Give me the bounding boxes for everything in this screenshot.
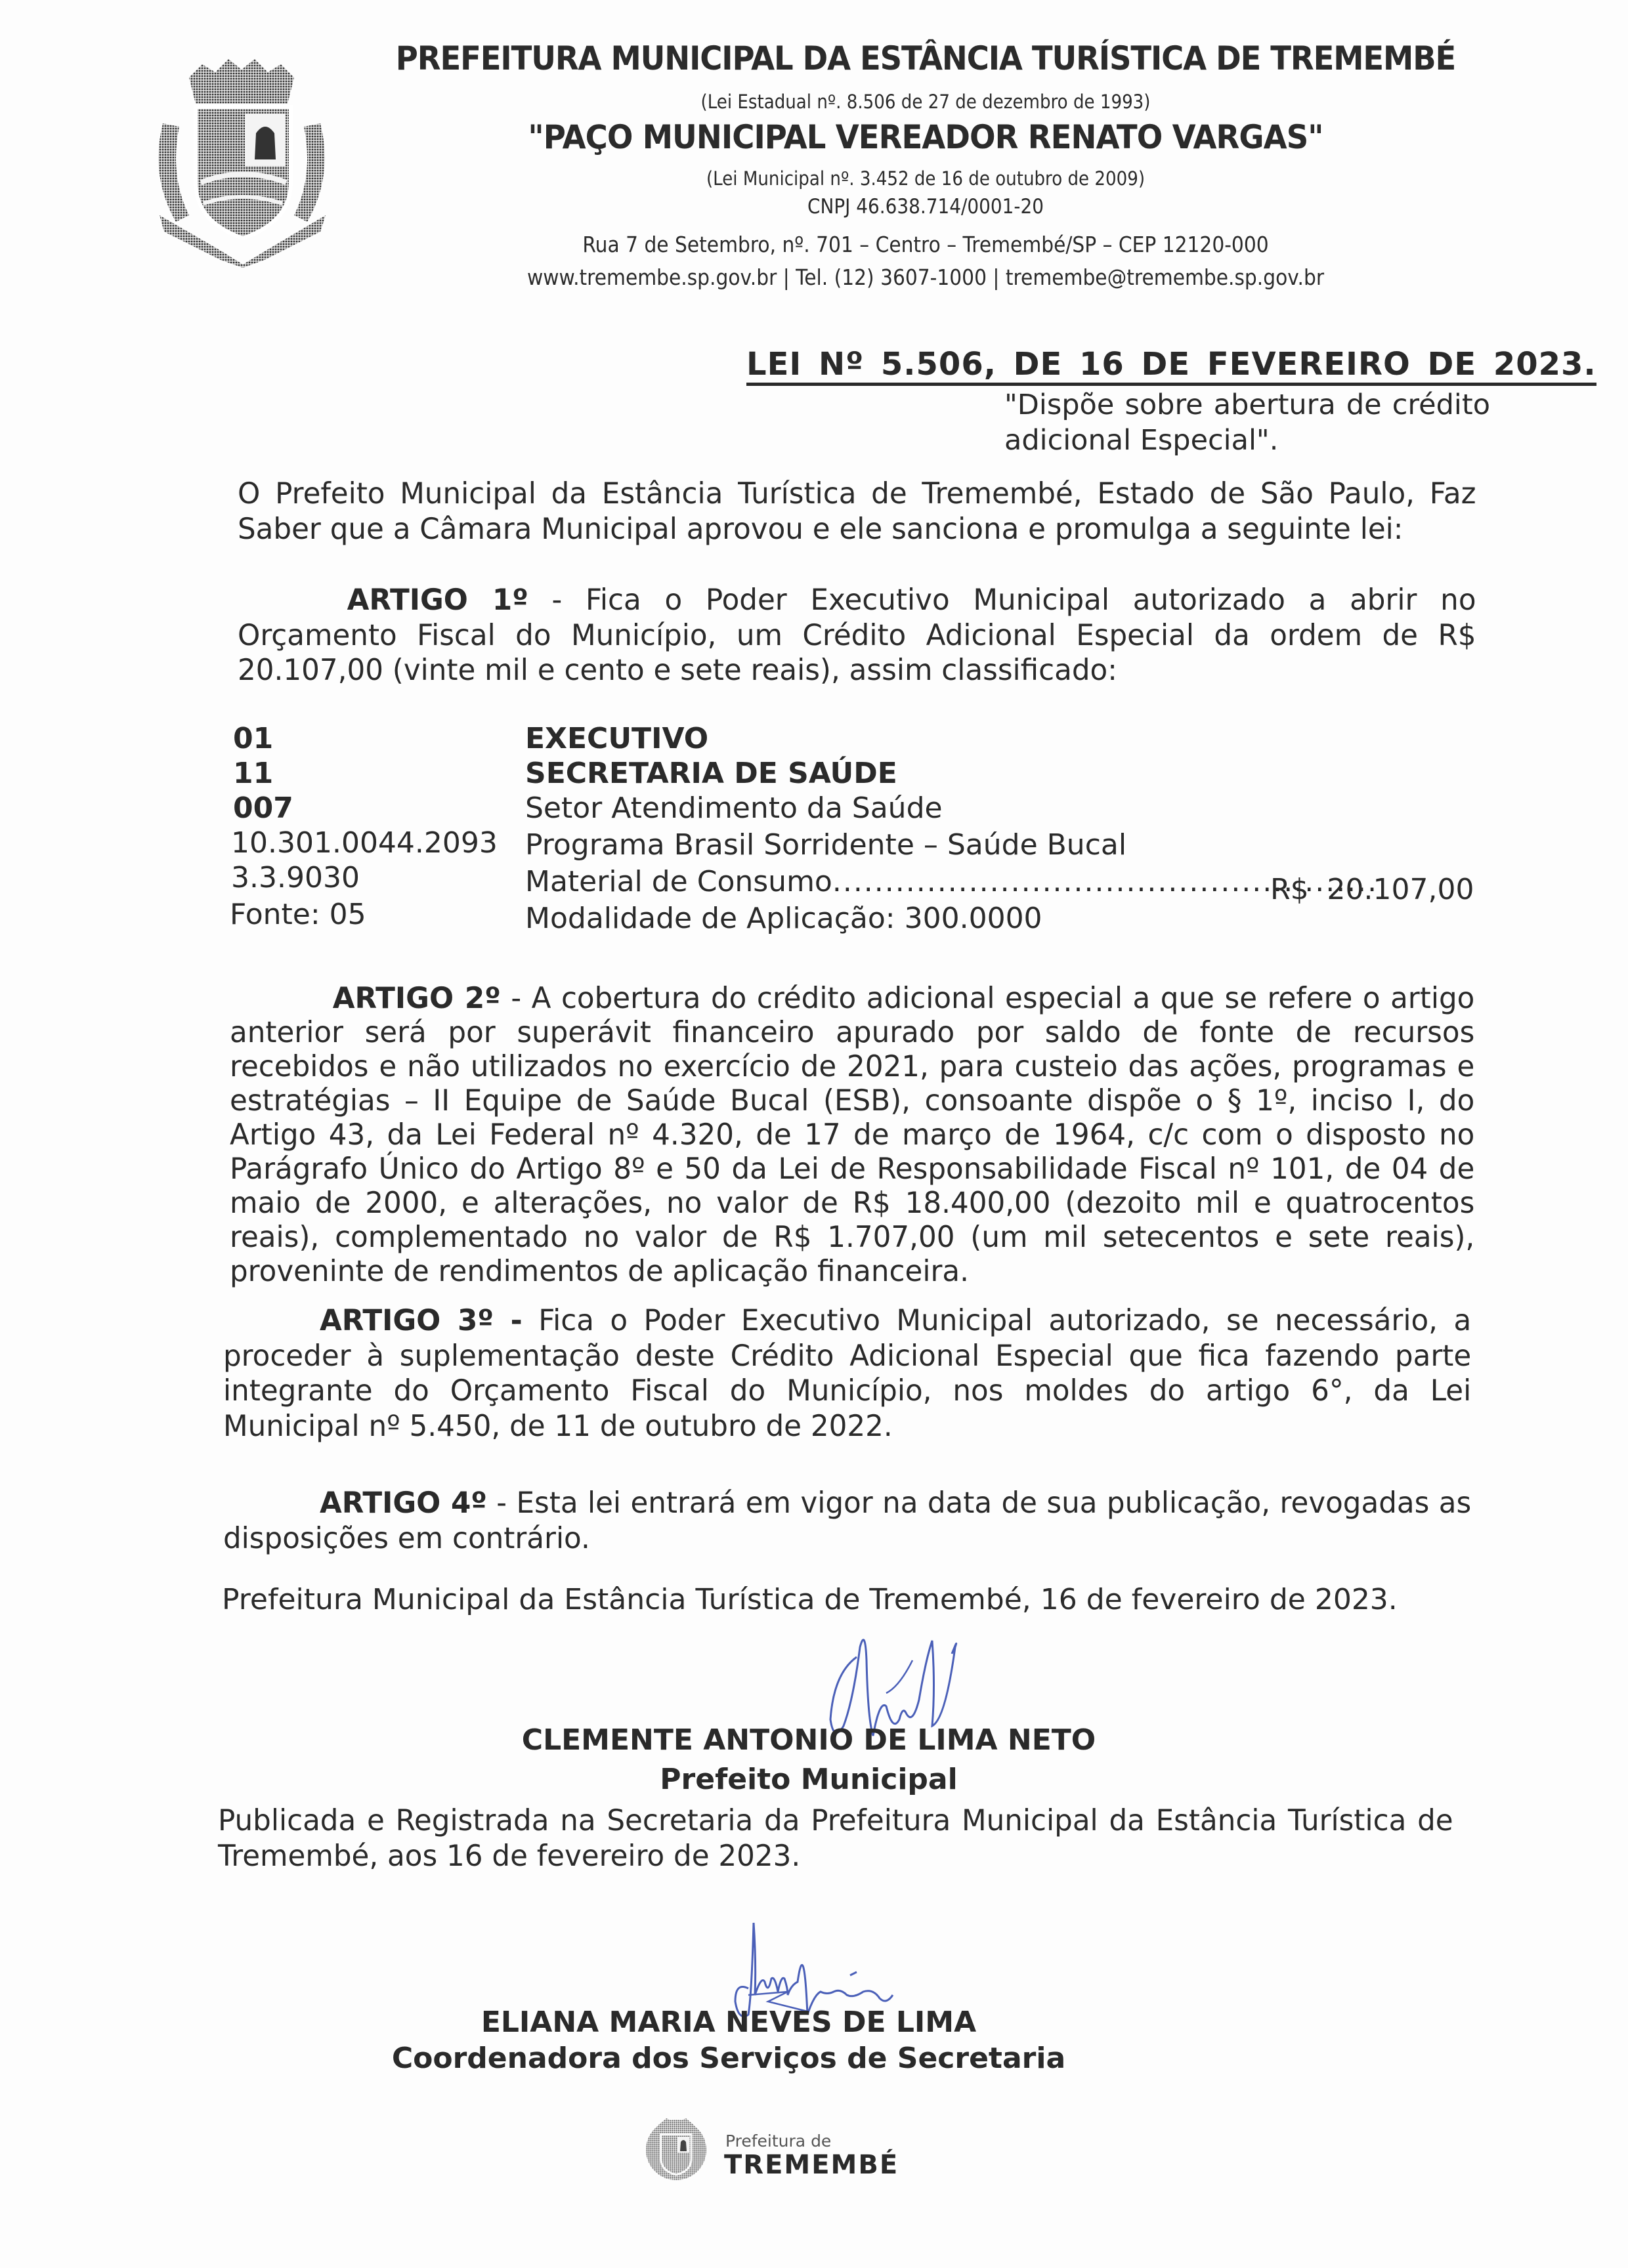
article-1-label: ARTIGO 1º [347, 583, 528, 617]
footer-prefix: Prefeitura de [725, 2131, 831, 2151]
class-description: Setor Atendimento da Saúde [525, 791, 943, 825]
signatory-2-name: ELIANA MARIA NEVES DE LIMA [0, 2005, 1543, 2039]
class-description: Programa Brasil Sorridente – Saúde Bucal [525, 828, 1126, 862]
class-code: 11 [233, 757, 273, 790]
footer-crest-icon [640, 2112, 712, 2184]
header-building-name: "PAÇO MUNICIPAL VEREADOR RENATO VARGAS" [382, 118, 1468, 156]
class-code: 3.3.9030 [231, 861, 360, 894]
article-2: ARTIGO 2º - A cobertura do crédito adici… [230, 982, 1474, 1289]
class-code: 01 [233, 722, 273, 755]
class-code: 007 [233, 791, 293, 825]
publication-note: Publicada e Registrada na Secretaria da … [218, 1803, 1453, 1874]
header-state-law: (Lei Estadual nº. 8.506 de 27 de dezembr… [400, 91, 1451, 113]
preamble: O Prefeito Municipal da Estância Turísti… [238, 476, 1476, 547]
header-address: Rua 7 de Setembro, nº. 701 – Centro – Tr… [400, 232, 1451, 257]
header-cnpj: CNPJ 46.638.714/0001-20 [400, 195, 1451, 219]
class-description-text: Material de Consumo [525, 865, 832, 898]
footer-name: TREMEMBÉ [724, 2150, 899, 2180]
law-ementa: "Dispõe sobre abertura de crédito adicio… [1004, 387, 1490, 458]
article-4: ARTIGO 4º - Esta lei entrará em vigor na… [223, 1486, 1471, 1556]
signatory-1-name: CLEMENTE ANTONIO DE LIMA NETO [0, 1723, 1623, 1757]
header-municipal-law: (Lei Municipal nº. 3.452 de 16 de outubr… [400, 167, 1451, 190]
class-description: SECRETARIA DE SAÚDE [525, 757, 897, 790]
article-2-text: - A cobertura do crédito adicional espec… [230, 982, 1474, 1288]
ementa-line-1: "Dispõe sobre abertura de crédito [1004, 387, 1490, 423]
municipal-crest-icon [143, 51, 340, 268]
class-description: Modalidade de Aplicação: 300.0000 [525, 902, 1042, 935]
article-2-label: ARTIGO 2º [333, 982, 501, 1015]
class-code: 10.301.0044.2093 [231, 826, 498, 860]
class-description: Material de Consumo.....................… [525, 865, 1378, 898]
article-1: ARTIGO 1º - Fica o Poder Executivo Munic… [238, 583, 1476, 688]
ementa-line-2: adicional Especial". [1004, 423, 1490, 458]
article-3: ARTIGO 3º - Fica o Poder Executivo Munic… [223, 1303, 1471, 1444]
header-contact: www.tremembe.sp.gov.br | Tel. (12) 3607-… [400, 264, 1451, 290]
class-description: EXECUTIVO [525, 722, 708, 755]
class-code: Fonte: 05 [230, 898, 366, 931]
signatory-1-role: Prefeito Municipal [0, 1763, 1623, 1796]
class-value: R$ 20.107,00 [1270, 873, 1474, 906]
header-title: PREFEITURA MUNICIPAL DA ESTÂNCIA TURÍSTI… [382, 39, 1468, 77]
closing-place-date: Prefeitura Municipal da Estância Turísti… [222, 1583, 1398, 1616]
article-4-label: ARTIGO 4º [320, 1486, 487, 1520]
article-3-label: ARTIGO 3º - [320, 1304, 523, 1337]
signatory-2-role: Coordenadora dos Serviços de Secretaria [0, 2042, 1543, 2075]
law-title: LEI Nº 5.506, DE 16 DE FEVEREIRO DE 2023… [746, 346, 1596, 386]
